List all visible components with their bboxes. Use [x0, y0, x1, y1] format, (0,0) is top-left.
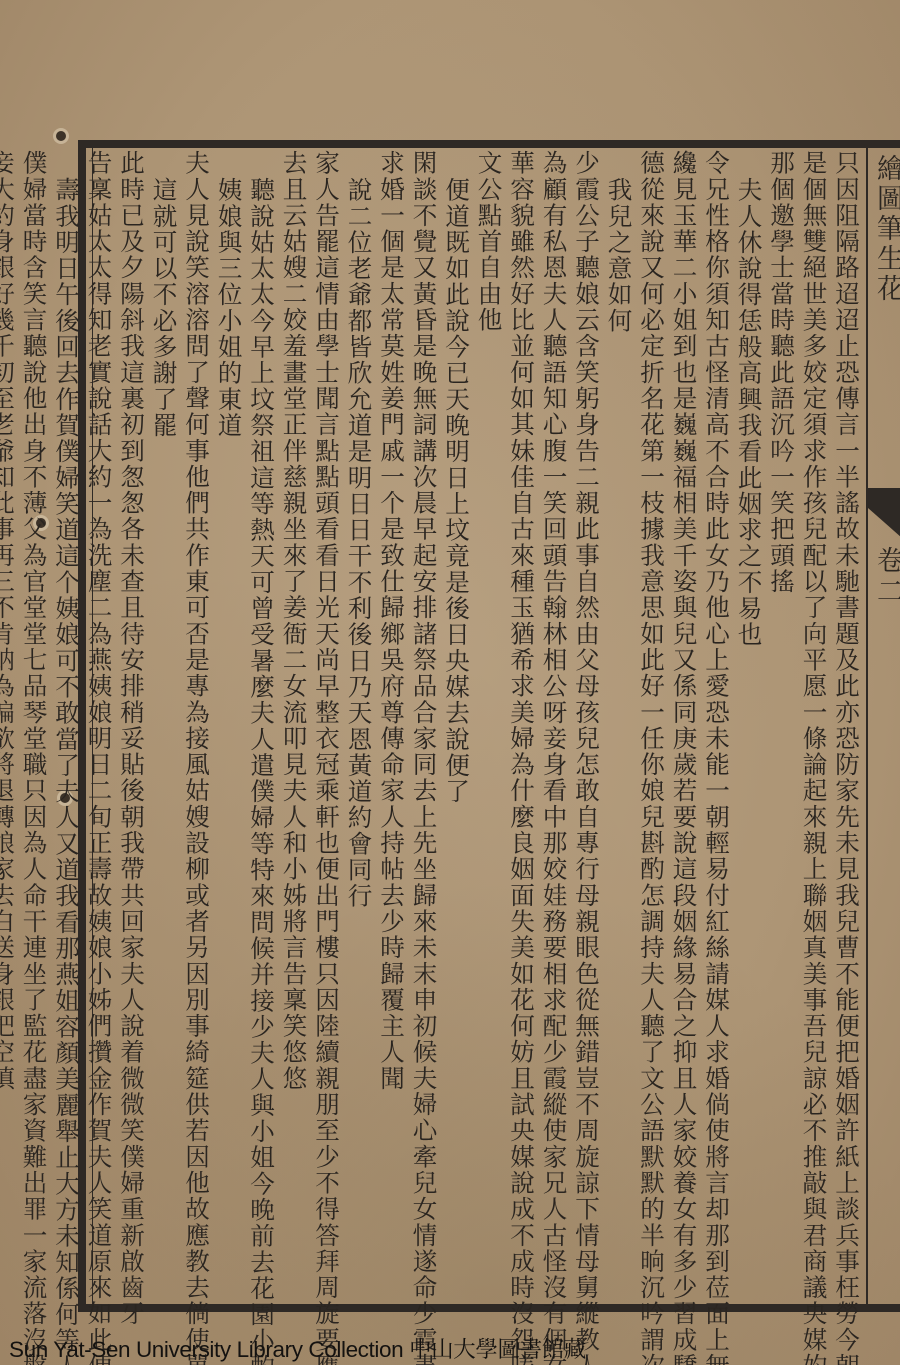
- text-column: 少霞公子聽娘云含笑躬身告二親此事自然由父母孩兒怎敢自專行母親眼色從無錯豈不周旋諒…: [570, 150, 603, 1300]
- text-column: 姨娘與三位小姐的東道: [212, 150, 245, 1300]
- text-column: 說二位老爺都皆欣允道是明日日干不利後日乃天恩黃道約會同行: [342, 150, 375, 1300]
- body-text: 只因阻隔路迢迢止恐傳言一半謠故未馳書題及此亦恐防家先未見我兒曹不能便把婚姻許紙上…: [96, 150, 862, 1300]
- text-column: 去且云姑嫂二姣羞畫堂正伴慈親坐來了姜衙二女流叩見夫人和小姊將言告稟笑悠悠: [277, 150, 310, 1300]
- text-column: 求婚一個是太常莫姓姜門戚一个是致仕歸鄉吳府尊傳命家人持帖去少時歸覆主人聞: [375, 150, 408, 1300]
- text-column: 此時已及夕陽斜我這裏初到怱怱各未查且待安排稍妥貼後朝我帶共回家夫人說着微微笑僕婦…: [115, 150, 148, 1300]
- text-column: 令兄性格你須知古怪清高不合時此女乃他心上愛恐未能一朝輕易付紅絲請媒人求婚倘使將言…: [700, 150, 733, 1300]
- book-title: 繪圖筆生花: [872, 154, 900, 304]
- text-column: 文公點首自由他: [472, 150, 505, 1300]
- caption-english: Sun Yat-Sen University Library Collectio…: [9, 1337, 403, 1362]
- center-margin-banxin: 繪圖筆生花 卷二: [866, 148, 900, 1304]
- text-column: 是個無雙絕世美多姣定須求作孩兒配以了向平愿一條論起來親上聯姻真美事吾兒諒必不推敲…: [797, 150, 830, 1300]
- binding-hole: [56, 131, 66, 141]
- text-column: 這就可以不必多謝了罷: [147, 150, 180, 1300]
- text-column: 夫人休說得恁般高興我看此姻求之不易也: [732, 150, 765, 1300]
- text-column: 閑談不覺又黃昏是晚無詞講次晨早起安排諸祭品合家同去上先坐歸來未末申初候夫婦心牽兒…: [407, 150, 440, 1300]
- text-column: 僕婦當時含笑言聽說他出身不薄父為官堂堂七品琴堂職只因為人命干連坐了監花盡家資難出…: [17, 150, 50, 1300]
- text-column: 聽說姑太太今早上坟祭祖這等熱天可曾受暑麼夫人遣僕婦等特來問候并接少夫人與小姐今晚…: [245, 150, 278, 1300]
- fishtail-mark: [868, 488, 900, 538]
- text-column: 華容貌雖然好比並何如其妹佳自古來種玉猶希求美婦為什麼良姻面失美如花何妨且試央媒說…: [505, 150, 538, 1300]
- text-column: 那個邀學士當時聽此語沉吟一笑把頭搖: [765, 150, 798, 1300]
- caption-chinese: 中山大學圖書館藏: [409, 1337, 586, 1363]
- text-column: 夫人見說笑溶溶問了聲何事他們共作東可否是專為接風姑嫂設柳或者另因別事綺筵供若因他…: [180, 150, 213, 1300]
- text-column: 為顧有私恩夫人聽語知心腹一笑回頭告翰林相公呀妾身看中那姣娃務要相求配少霞縱使家兄…: [537, 150, 570, 1300]
- text-column: 德從來說又何必定折名花第一枝據我意思如此好一任你娘兒斟酌怎調持夫人聽了文公語默默…: [635, 150, 668, 1300]
- text-column: 家人告罷這情由學士聞言點點頭看看日光天尚早整衣冠乘軒也便出門樓只因陸續親朋至少不…: [310, 150, 343, 1300]
- text-column: 妾大約身銀好幾千初至老爺知此事再三不肯納為偏欲將退轉娘家去白送身銀把空填: [0, 150, 17, 1300]
- text-column: 纔見玉華二小姐到也是巍巍福相美千姿與兒又係同庚歲若要說這段姻緣易合之抑且人家姣養…: [667, 150, 700, 1300]
- text-column: 只因阻隔路迢迢止恐傳言一半謠故未馳書題及此亦恐防家先未見我兒曹不能便把婚姻許紙上…: [830, 150, 863, 1300]
- text-column: 壽我明日午後回去作賀僕婦笑道這个姨娘可不敢當了夫人又道我看那燕姐容顏美麗舉止大方…: [50, 150, 83, 1300]
- text-column: 告稟姑太太得知老實說話大約一為洗塵二為燕姨娘明日二旬正壽故姨娘小姊們攢金作賀夫人…: [82, 150, 115, 1300]
- library-caption: Sun Yat-Sen University Library Collectio…: [9, 1332, 586, 1364]
- text-column: 我兒之意如何: [602, 150, 635, 1300]
- volume-label: 卷二: [872, 546, 900, 608]
- text-column: 便道既如此說今已天晚明日上坟竟是後日央媒去說便了: [440, 150, 473, 1300]
